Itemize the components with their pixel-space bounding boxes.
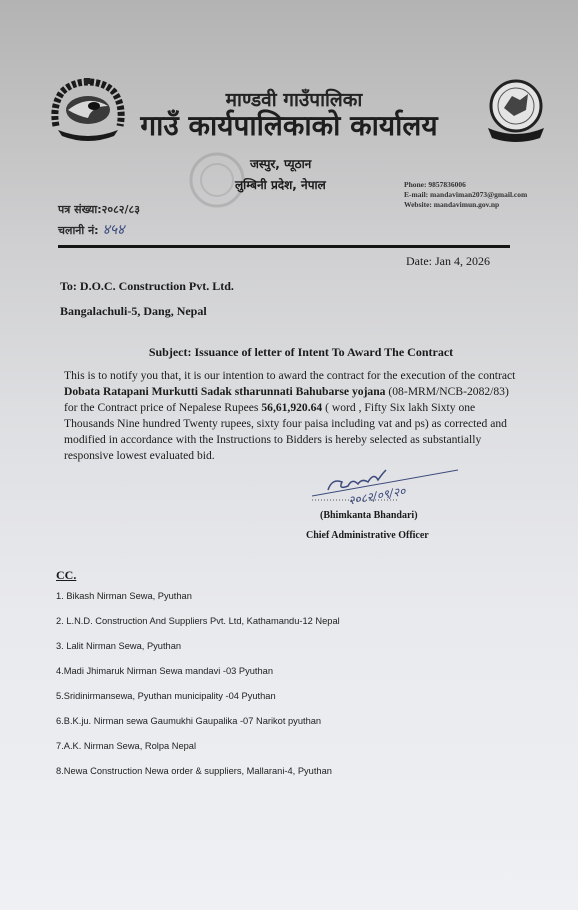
signature-icon: २०८२/०९/२० bbox=[308, 456, 468, 504]
dispatch-label: चलानी नं: bbox=[58, 224, 99, 237]
letter-date: Date: Jan 4, 2026 bbox=[406, 254, 490, 269]
project-name: Dobata Ratapani Murkutti Sadak stharunna… bbox=[64, 385, 385, 398]
cc-item: 7.A.K. Nirman Sewa, Rolpa Nepal bbox=[56, 741, 196, 751]
address-line-1: जस्पुर, प्यूठान bbox=[250, 155, 311, 172]
subject-line: Subject: Issuance of letter of Intent To… bbox=[0, 345, 578, 360]
cc-label: CC. bbox=[56, 568, 76, 583]
cc-item: 6.B.K.ju. Nirman sewa Gaumukhi Gaupalika… bbox=[56, 716, 321, 726]
header-divider bbox=[58, 245, 510, 248]
letter-body: This is to notify you that, it is our in… bbox=[64, 368, 524, 464]
website: Website: mandavimun.gov.np bbox=[404, 200, 527, 210]
contract-amount: 56,61,920.64 bbox=[261, 401, 322, 414]
signatory-title: Chief Administrative Officer bbox=[306, 530, 429, 541]
recipient-address: Bangalachuli-5, Dang, Nepal bbox=[60, 304, 207, 319]
address-line-2: लुम्बिनी प्रदेश, नेपाल bbox=[235, 176, 326, 193]
recipient-name: To: D.O.C. Construction Pvt. Ltd. bbox=[60, 279, 234, 294]
phone: Phone: 9857836006 bbox=[404, 180, 527, 190]
contact-block: Phone: 9857836006 E-mail: mandaviman2073… bbox=[404, 180, 527, 210]
cc-item: 2. L.N.D. Construction And Suppliers Pvt… bbox=[56, 616, 340, 626]
body-intro: This is to notify you that, it is our in… bbox=[64, 369, 515, 382]
office-name: गाउँ कार्यपालिकाको कार्यालय bbox=[0, 106, 578, 144]
email: E-mail: mandaviman2073@gmail.com bbox=[404, 190, 527, 200]
cc-item: 4.Madi Jhimaruk Nirman Sewa mandavi -03 … bbox=[56, 666, 273, 676]
cc-item: 5.Sridinirmansewa, Pyuthan municipality … bbox=[56, 691, 276, 701]
letter-number: पत्र संख्या:२०८२/८३ bbox=[58, 202, 140, 217]
cc-item: 3. Lalit Nirman Sewa, Pyuthan bbox=[56, 641, 181, 651]
signatory-name: (Bhimkanta Bhandari) bbox=[320, 510, 418, 521]
dispatch-number: ४५४ bbox=[103, 222, 125, 238]
signature-date: २०८२/०९/२० bbox=[347, 484, 407, 504]
cc-item: 8.Newa Construction Newa order & supplie… bbox=[56, 766, 332, 776]
dispatch-number-row: चलानी नं:४५४ bbox=[58, 220, 124, 239]
cc-item: 1. Bikash Nirman Sewa, Pyuthan bbox=[56, 591, 192, 601]
